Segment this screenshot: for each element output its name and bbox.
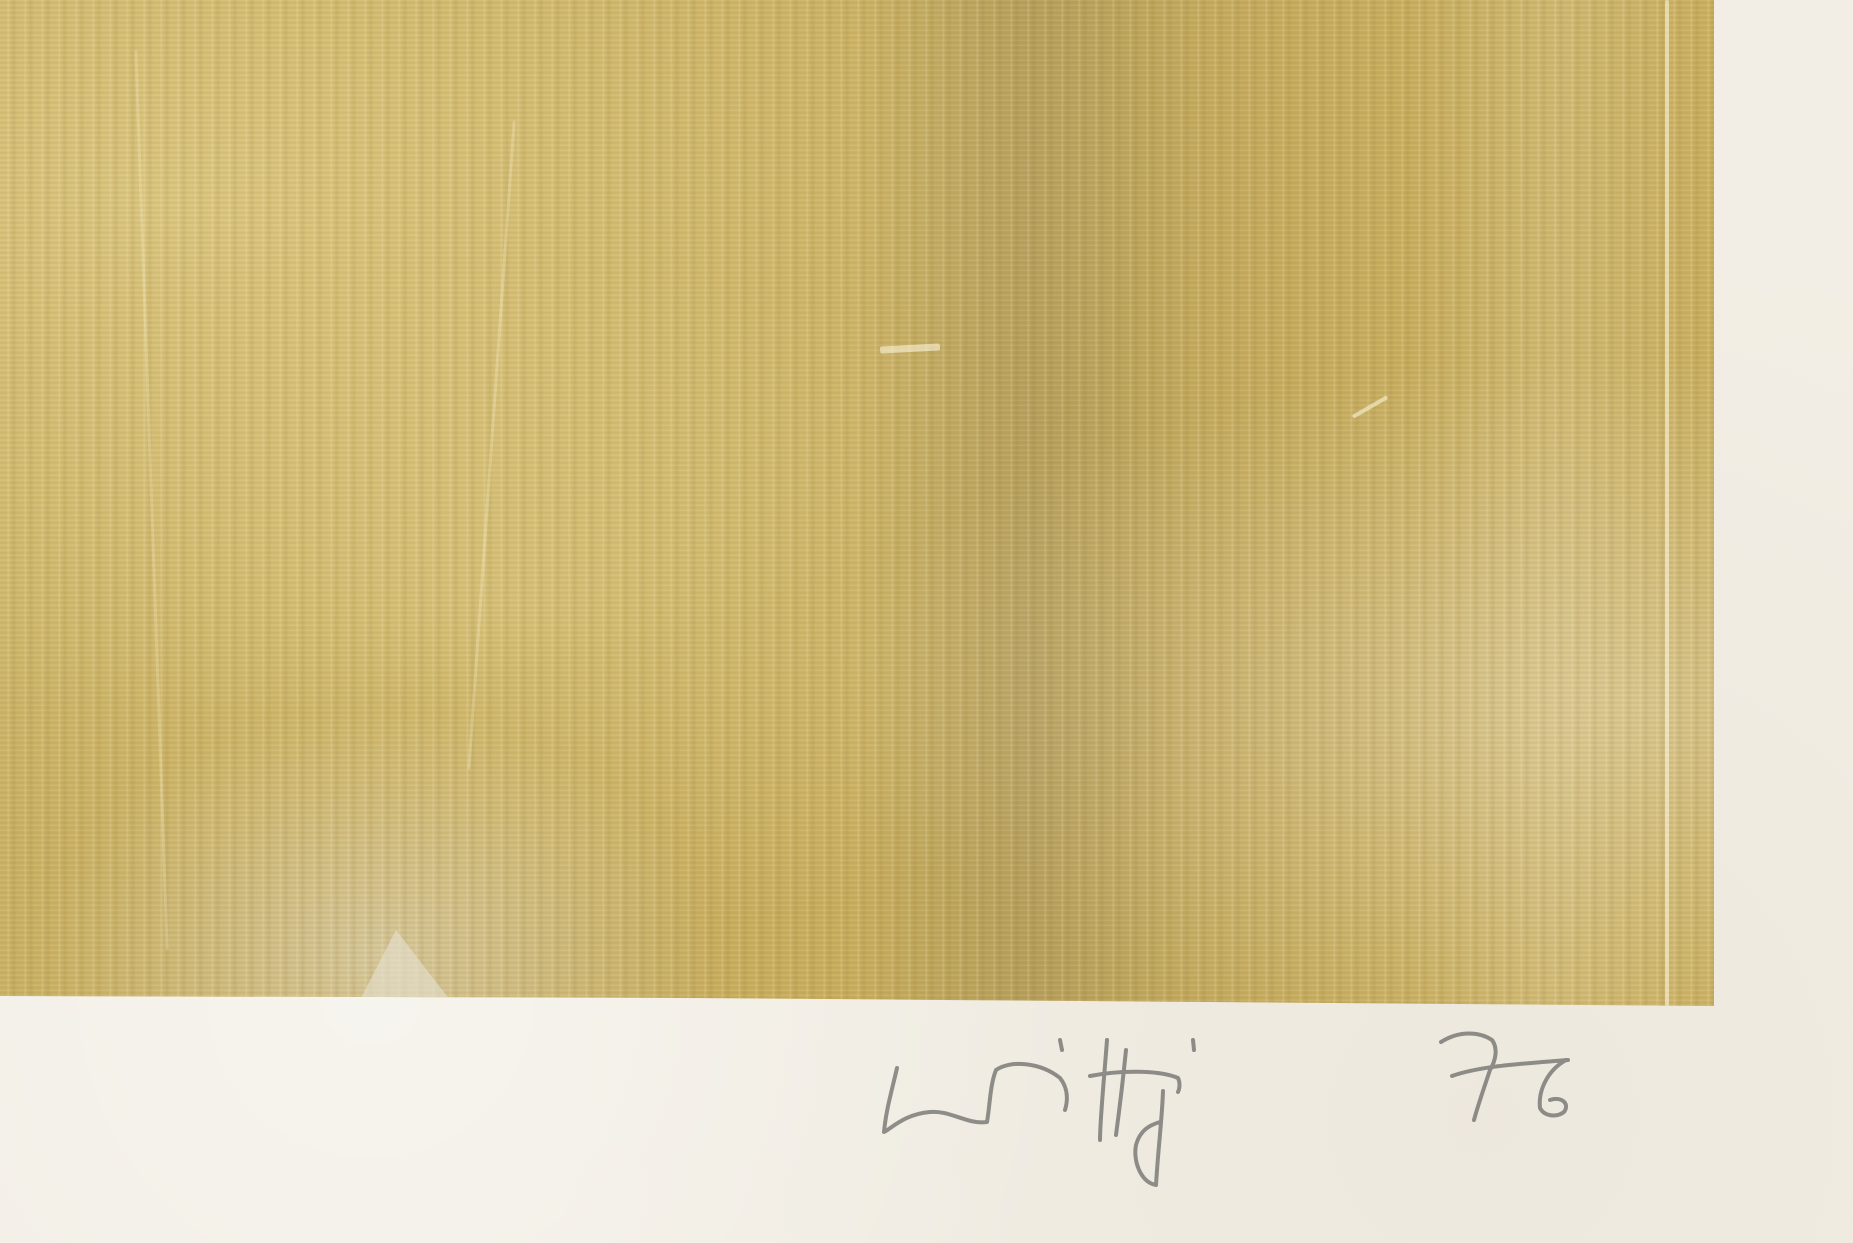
paper-sheet: wittig 76 <box>0 0 1853 1243</box>
texture-streak <box>880 343 940 353</box>
texture-streak <box>467 121 515 770</box>
texture-streak <box>1665 0 1669 1006</box>
texture-streak <box>360 930 450 1000</box>
gold-print-field <box>0 0 1714 1006</box>
texture-streak <box>134 50 168 950</box>
texture-streak <box>1352 395 1389 418</box>
